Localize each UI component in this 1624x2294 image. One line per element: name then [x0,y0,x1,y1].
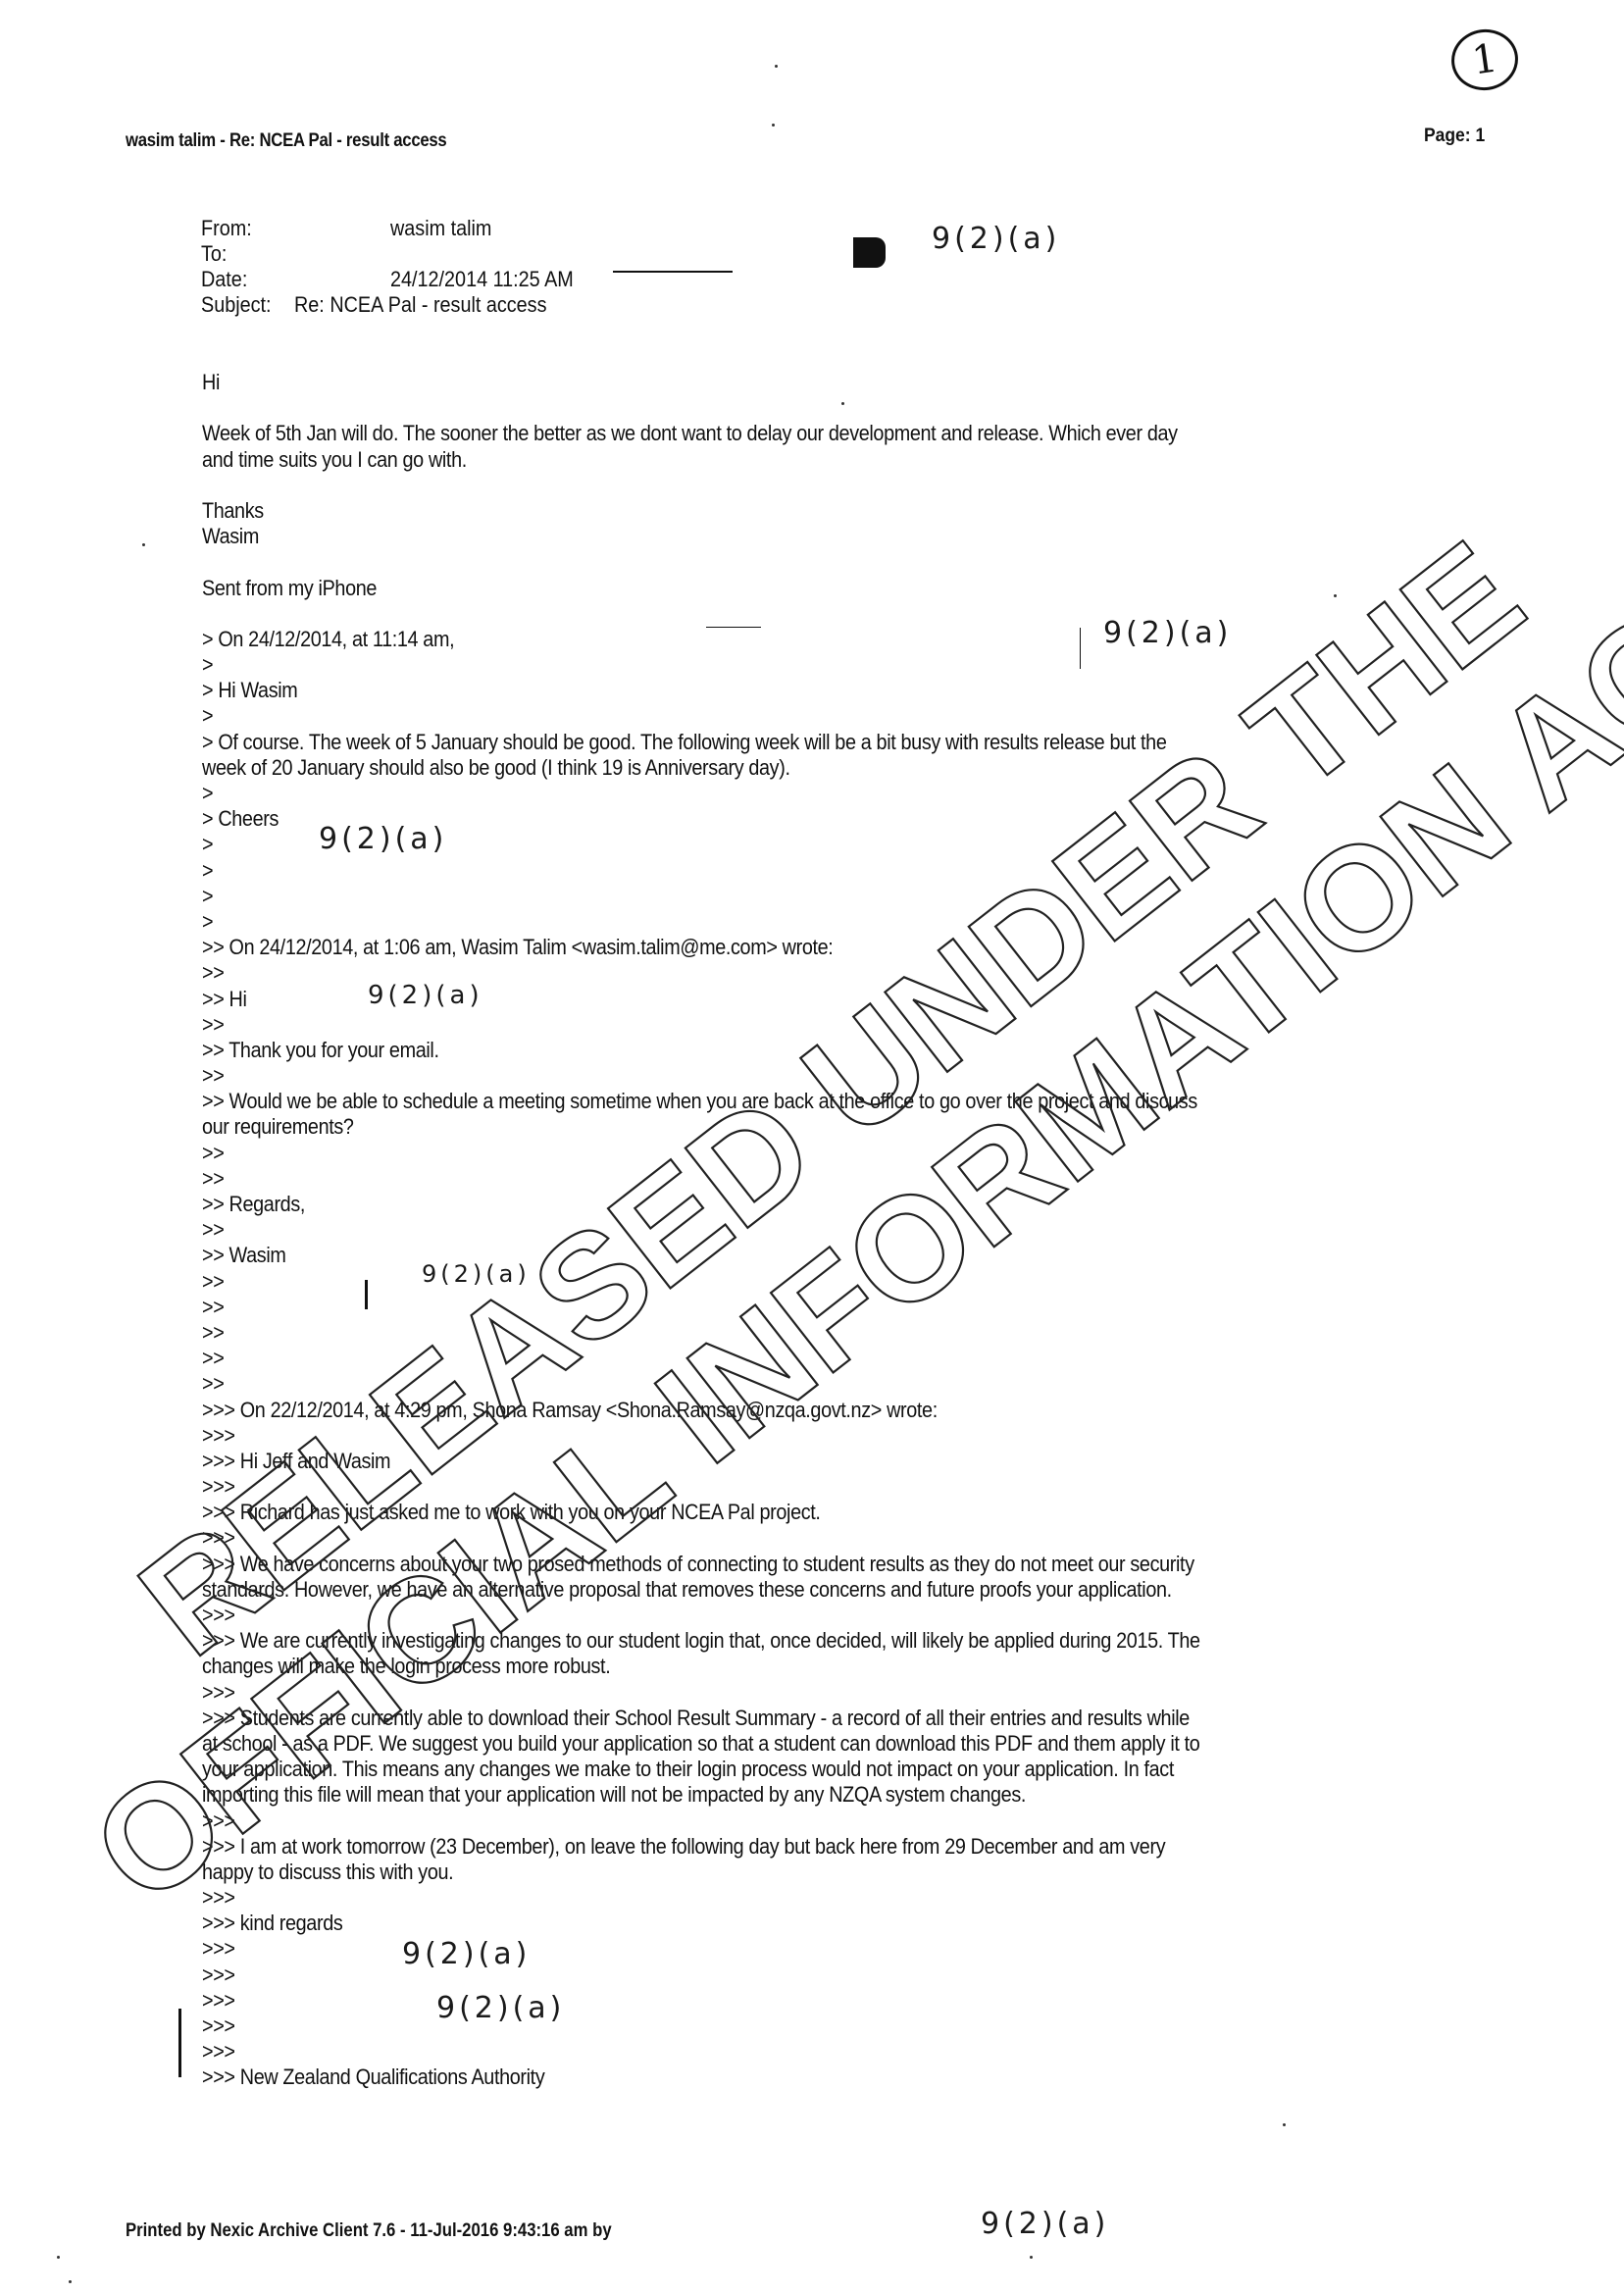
body-line: changes will make the login process more… [202,1654,1296,1679]
body-line: >> Hi [202,987,1296,1012]
body-line: > Of course. The week of 5 January shoul… [202,730,1296,755]
body-line: >>> [202,1988,1296,2014]
body-line [202,549,1296,575]
to-label: To: [201,241,227,267]
body-line: >> [202,1012,1296,1038]
body-line: >>> [202,2039,1296,2065]
body-line: > Hi Wasim [202,678,1296,703]
redaction-block [853,237,886,268]
body-line: > [202,832,1296,857]
date-label: Date: [201,267,247,292]
body-line: >>> We have concerns about your two pros… [202,1552,1296,1577]
body-line: >>> [202,2014,1296,2039]
body-line: >>> [202,1809,1296,1834]
subject-value: Re: NCEA Pal - result access [294,292,546,318]
body-line: > [202,884,1296,909]
body-line: > [202,909,1296,935]
body-line: >>> Richard has just asked me to work wi… [202,1500,1296,1525]
body-line: >>> [202,1885,1296,1911]
margin-bar [178,2009,181,2077]
body-line: >> [202,1346,1296,1371]
body-line: > Cheers [202,806,1296,832]
body-line: >>> kind regards [202,1911,1296,1936]
body-line: Wasim [202,524,1296,549]
redaction-annotation: 9(2)(a) [981,2207,1109,2241]
scan-speck [1283,2123,1286,2126]
body-line: >>> New Zealand Qualifications Authority [202,2065,1296,2090]
document-header-title: wasim talim - Re: NCEA Pal - result acce… [126,130,446,152]
email-body: HiWeek of 5th Jan will do. The sooner th… [202,370,1418,2091]
scan-speck [1334,594,1337,597]
body-line: >>> [202,1963,1296,1988]
body-line: Thanks [202,498,1296,524]
scan-speck [1030,2256,1033,2259]
body-line: >> Would we be able to schedule a meetin… [202,1089,1296,1114]
body-line: > [202,652,1296,678]
body-line: Week of 5th Jan will do. The sooner the … [202,421,1296,446]
body-line: week of 20 January should also be good (… [202,755,1296,781]
body-line: >>> I am at work tomorrow (23 December),… [202,1834,1296,1860]
scan-speck [841,402,844,405]
body-line: >>> [202,1680,1296,1706]
redaction-annotation: 9(2)(a) [932,222,1060,256]
page-number-label: Page: 1 [1424,126,1485,147]
body-line: >> [202,1320,1296,1346]
body-line: >> On 24/12/2014, at 1:06 am, Wasim Tali… [202,935,1296,960]
body-line: >>> [202,1423,1296,1449]
body-line: >> Thank you for your email. [202,1038,1296,1063]
body-line: >>> On 22/12/2014, at 4:29 pm, Shona Ram… [202,1398,1296,1423]
body-line: >> [202,1269,1296,1295]
body-line: >> [202,1141,1296,1166]
body-line: >>> [202,1603,1296,1628]
from-label: From: [201,216,252,241]
scan-speck [775,65,778,68]
body-line: Sent from my iPhone [202,576,1296,601]
body-line: >> [202,1371,1296,1397]
body-line: >>> [202,1936,1296,1962]
body-line: at school - as a PDF. We suggest you bui… [202,1731,1296,1757]
scan-speck [142,543,145,546]
scan-speck [772,124,775,127]
body-line [202,601,1296,627]
body-line: >> [202,1295,1296,1320]
body-line: >>> We are currently investigating chang… [202,1628,1296,1654]
redaction-line [613,271,733,273]
body-line: >> Regards, [202,1192,1296,1217]
body-line: your application. This means any changes… [202,1757,1296,1782]
body-line: >> [202,960,1296,986]
print-footer: Printed by Nexic Archive Client 7.6 - 11… [126,2220,612,2242]
body-line [202,395,1296,421]
body-line: happy to discuss this with you. [202,1860,1296,1885]
body-line: > On 24/12/2014, at 11:14 am, [202,627,1296,652]
body-line: our requirements? [202,1114,1296,1140]
subject-label: Subject: [201,292,272,318]
from-value: wasim talim [390,216,491,241]
body-line [202,473,1296,498]
body-line: >>> Students are currently able to downl… [202,1706,1296,1731]
date-value: 24/12/2014 11:25 AM [390,267,574,292]
body-line: > [202,781,1296,806]
body-line: >> [202,1063,1296,1089]
circled-page-number: 1 [1447,25,1522,95]
scan-speck [69,2280,72,2283]
body-line: and time suits you I can go with. [202,447,1296,473]
body-line: >>> [202,1525,1296,1551]
body-line: standards. However, we have an alternati… [202,1577,1296,1603]
scan-speck [57,2256,60,2259]
body-line: > [202,858,1296,884]
body-line: >>> Hi Jeff and Wasim [202,1449,1296,1474]
body-line: >> [202,1166,1296,1192]
body-line: > [202,703,1296,729]
body-line: >>> [202,1474,1296,1500]
body-line: >> [202,1217,1296,1243]
body-line: Hi [202,370,1296,395]
body-line: >> Wasim [202,1243,1296,1268]
body-line: importing this file will mean that your … [202,1782,1296,1808]
